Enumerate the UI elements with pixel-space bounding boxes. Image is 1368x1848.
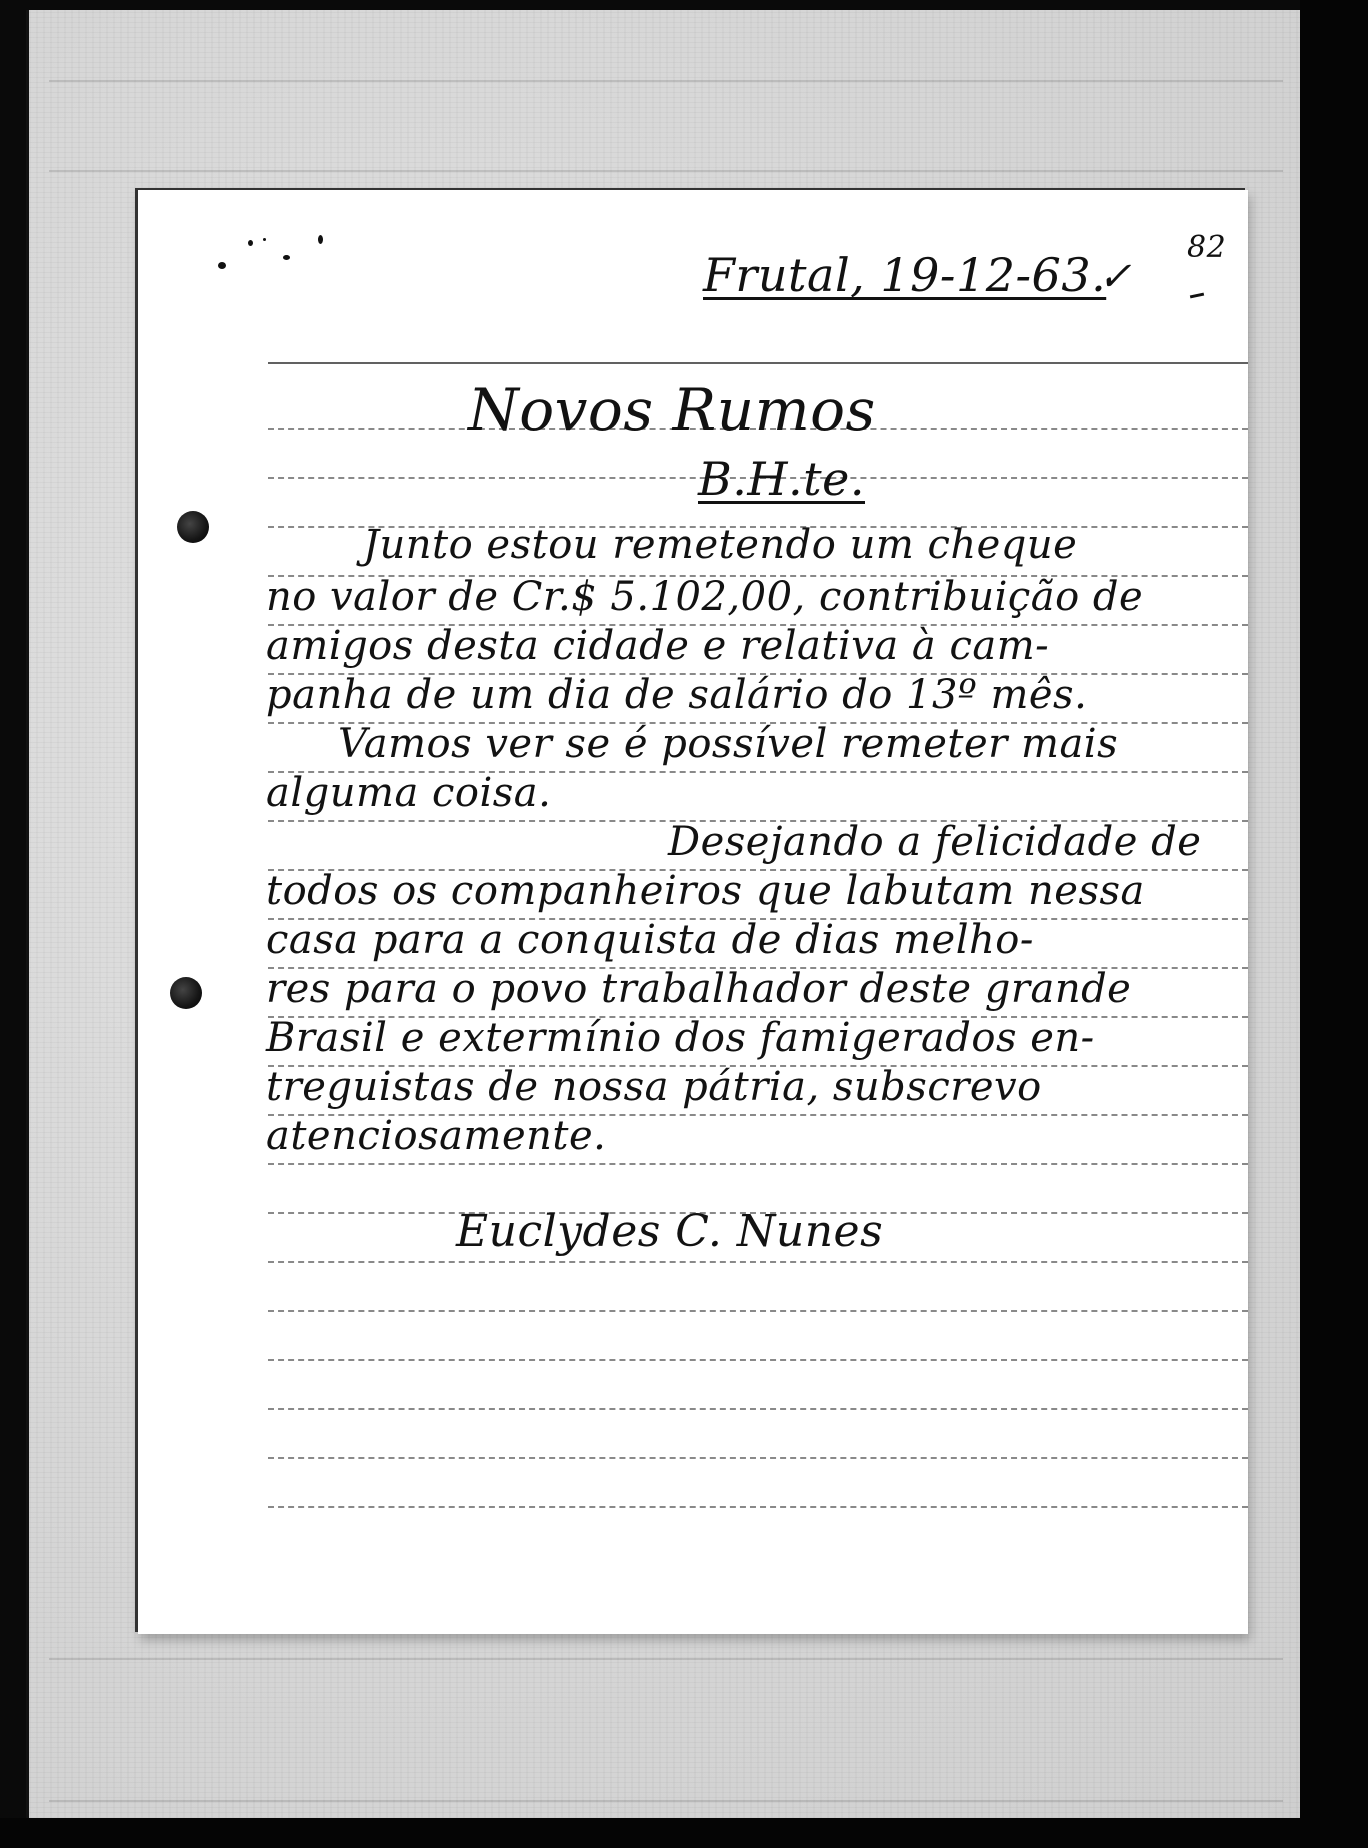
letter-paper: 82 Frutal, 19-12-63. ✓ Novos Rumos B.H.t… xyxy=(138,190,1248,1634)
body-line: Desejando a felicidade de xyxy=(668,819,1201,865)
ruled-line xyxy=(268,1310,1248,1312)
body-line: alguma coisa. xyxy=(266,770,551,816)
place-date: Frutal, 19-12-63. xyxy=(703,248,1106,302)
scan-artifact-line xyxy=(49,1800,1283,1802)
scan-border-bottom xyxy=(0,1818,1368,1848)
ruled-line xyxy=(268,1408,1248,1410)
scan-artifact-line xyxy=(49,1658,1283,1660)
body-line: panha de um dia de salário do 13º mês. xyxy=(266,672,1087,718)
body-line: amigos desta cidade e relativa à cam- xyxy=(266,623,1049,669)
check-mark: ✓ xyxy=(1098,254,1132,300)
ruled-line xyxy=(268,1506,1248,1508)
ruled-line xyxy=(268,362,1248,364)
body-line: treguistas de nossa pátria, subscrevo xyxy=(266,1064,1042,1110)
body-line: Brasil e extermínio dos famigerados en- xyxy=(266,1015,1095,1061)
body-line: atenciosamente. xyxy=(266,1113,606,1159)
addressee-name: Novos Rumos xyxy=(468,376,876,444)
body-line: todos os companheiros que labutam nessa xyxy=(266,868,1145,914)
addressee-city: B.H.te. xyxy=(698,452,865,506)
ruled-line xyxy=(268,1359,1248,1361)
ruled-line xyxy=(268,1457,1248,1459)
signature: Euclydes C. Nunes xyxy=(456,1206,883,1257)
ruled-line xyxy=(268,1261,1248,1263)
body-line: casa para a conquista de dias melho- xyxy=(266,917,1034,963)
scan-border-right xyxy=(1300,0,1368,1848)
page-number: 82 xyxy=(1187,230,1226,265)
scan-artifact-line xyxy=(49,80,1283,82)
punch-hole xyxy=(177,511,209,543)
body-line: Junto estou remetendo um cheque xyxy=(363,522,1077,568)
punch-hole xyxy=(170,977,202,1009)
body-line: no valor de Cr.$ 5.102,00, contribuição … xyxy=(266,574,1143,620)
body-line: Vamos ver se é possível remeter mais xyxy=(338,721,1118,767)
body-line: res para o povo trabalhador deste grande xyxy=(266,966,1131,1012)
ruled-line xyxy=(268,1163,1248,1165)
page-number-dash xyxy=(1190,293,1204,299)
scan-artifact-line xyxy=(49,170,1283,172)
